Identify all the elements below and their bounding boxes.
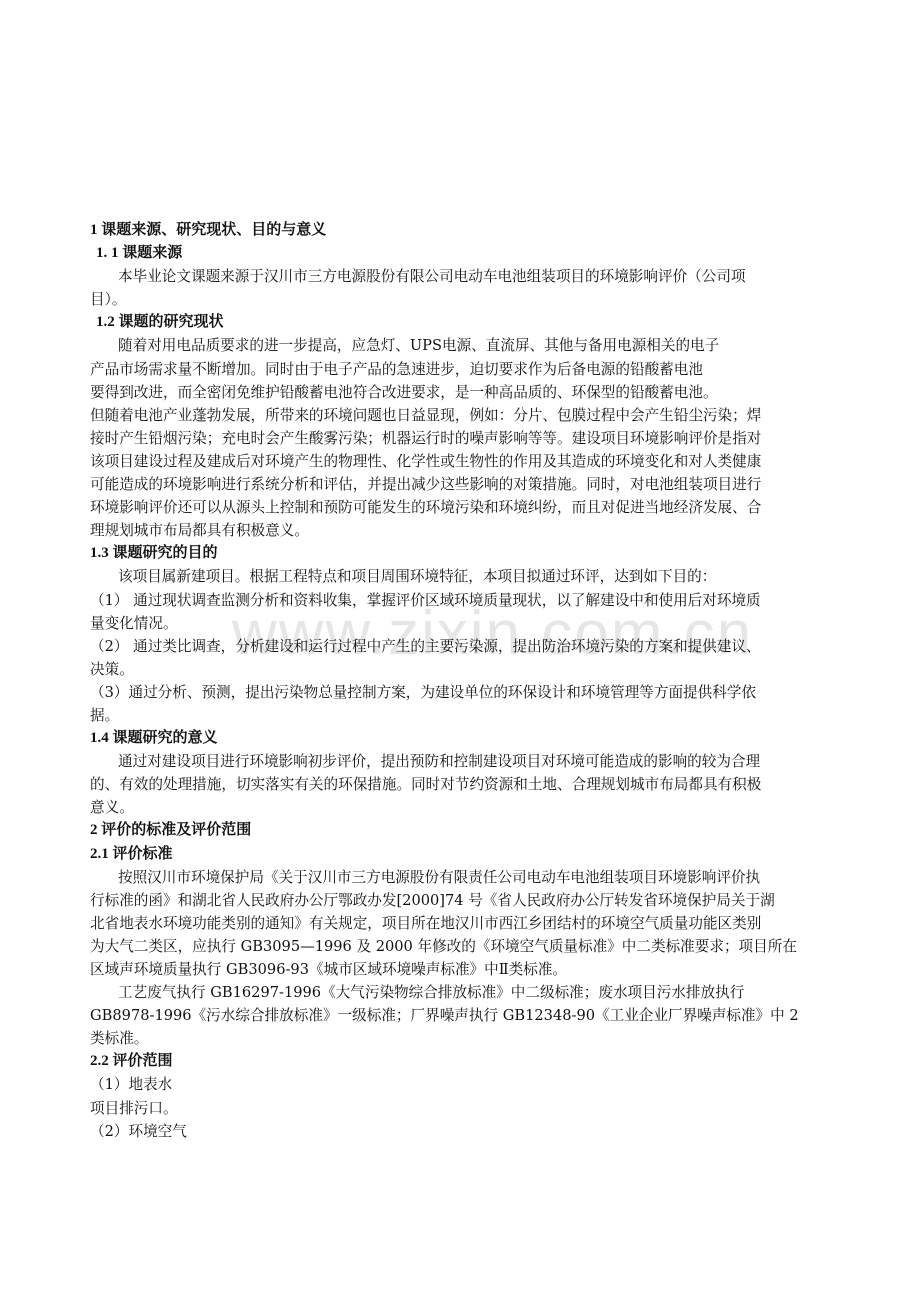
paragraph-1-2-line: 产品市场需求量不断增加。同时由于电子产品的急速进步，迫切要求作为后备电源的铅酸蓄… (90, 358, 832, 381)
list-item-2-2-2: （2）环境空气 (90, 1120, 832, 1143)
paragraph-2-1b-line: GB8978-1996《污水综合排放标准》一级标准；厂界噪声执行 GB12348… (90, 1004, 832, 1027)
list-item-1-3-2-line: 决策。 (90, 658, 832, 681)
paragraph-1-4-line: 意义。 (90, 796, 832, 819)
document-body: 1 课题来源、研究现状、目的与意义 1. 1 课题来源 本毕业论文课题来源于汉川… (90, 219, 832, 1143)
paragraph-1-2-line: 随着对用电品质要求的进一步提高，应急灯、UPS电源、直流屏、其他与备用电源相关的… (90, 334, 832, 357)
list-item-1-3-3-line: 据。 (90, 704, 832, 727)
paragraph-1-2-line: 接时产生铅烟污染；充电时会产生酸雾污染；机器运行时的噪声影响等等。建设项目环境影… (90, 427, 832, 450)
heading-1-1: 1. 1 课题来源 (90, 242, 832, 265)
paragraph-1-2-line: 要得到改进，而全密闭免维护铅酸蓄电池符合改进要求，是一种高品质的、环保型的铅酸蓄… (90, 381, 832, 404)
list-item-1-3-1-line: （1） 通过现状调查监测分析和资料收集，掌握评价区域环境质量现状，以了解建设中和… (90, 589, 832, 612)
paragraph-2-2-1: 项目排污口。 (90, 1097, 832, 1120)
list-item-1-3-2-line: （2） 通过类比调查，分析建设和运行过程中产生的主要污染源，提出防治环境污染的方… (90, 635, 832, 658)
heading-1-4: 1.4 课题研究的意义 (90, 727, 832, 750)
paragraph-2-1b-line: 类标准。 (90, 1027, 832, 1050)
list-item-2-2-1: （1）地表水 (90, 1073, 832, 1096)
paragraph-2-1a-line: 行标准的函》和湖北省人民政府办公厅鄂政办发[2000]74 号《省人民政府办公厅… (90, 889, 832, 912)
paragraph-1-1-line: 本毕业论文课题来源于汉川市三方电源股份有限公司电动车电池组装项目的环境影响评价（… (90, 265, 832, 288)
heading-section-2: 2 评价的标准及评价范围 (90, 819, 832, 842)
paragraph-1-2-line: 但随着电池产业蓬勃发展，所带来的环境问题也日益显现，例如：分片、包膜过程中会产生… (90, 404, 832, 427)
paragraph-2-1a-line: 北省地表水环境功能类别的通知》有关规定，项目所在地汉川市西江乡团结村的环境空气质… (90, 912, 832, 935)
heading-1-2: 1.2 课题的研究现状 (90, 311, 832, 334)
paragraph-1-4-line: 通过对建设项目进行环境影响初步评价，提出预防和控制建设项目对环境可能造成的影响的… (90, 750, 832, 773)
paragraph-1-3-line: 该项目属新建项目。根据工程特点和项目周围环境特征，本项目拟通过环评，达到如下目的… (90, 565, 832, 588)
paragraph-1-2-line: 环境影响评价还可以从源头上控制和预防可能发生的环境污染和环境纠纷，而且对促进当地… (90, 496, 832, 519)
heading-1-3: 1.3 课题研究的目的 (90, 542, 832, 565)
list-item-1-3-1-line: 量变化情况。 (90, 612, 832, 635)
document-page: www.zixin.com.cn 1 课题来源、研究现状、目的与意义 1. 1 … (0, 0, 920, 1302)
paragraph-2-1b-line: 工艺废气执行 GB16297-1996《大气污染物综合排放标准》中二级标准；废水… (90, 981, 832, 1004)
heading-2-1: 2.1 评价标准 (90, 843, 832, 866)
paragraph-1-2-line: 理规划城市布局都具有积极意义。 (90, 519, 832, 542)
paragraph-1-4-line: 的、有效的处理措施，切实落实有关的环保措施。同时对节约资源和土地、合理规划城市布… (90, 773, 832, 796)
paragraph-1-2-line: 可能造成的环境影响进行系统分析和评估，并提出减少这些影响的对策措施。同时，对电池… (90, 473, 832, 496)
list-item-1-3-3-line: （3）通过分析、预测，提出污染物总量控制方案，为建设单位的环保设计和环境管理等方… (90, 681, 832, 704)
heading-section-1: 1 课题来源、研究现状、目的与意义 (90, 219, 832, 242)
paragraph-2-1a-line: 为大气二类区，应执行 GB3095—1996 及 2000 年修改的《环境空气质… (90, 935, 832, 958)
paragraph-1-2-line: 该项目建设过程及建成后对环境产生的物理性、化学性或生物性的作用及其造成的环境变化… (90, 450, 832, 473)
paragraph-1-1-line: 目）。 (90, 288, 832, 311)
paragraph-2-1a-line: 按照汉川市环境保护局《关于汉川市三方电源股份有限责任公司电动车电池组装项目环境影… (90, 866, 832, 889)
paragraph-2-1a-line: 区域声环境质量执行 GB3096-93《城市区域环境噪声标准》中Ⅱ类标准。 (90, 958, 832, 981)
heading-2-2: 2.2 评价范围 (90, 1050, 832, 1073)
